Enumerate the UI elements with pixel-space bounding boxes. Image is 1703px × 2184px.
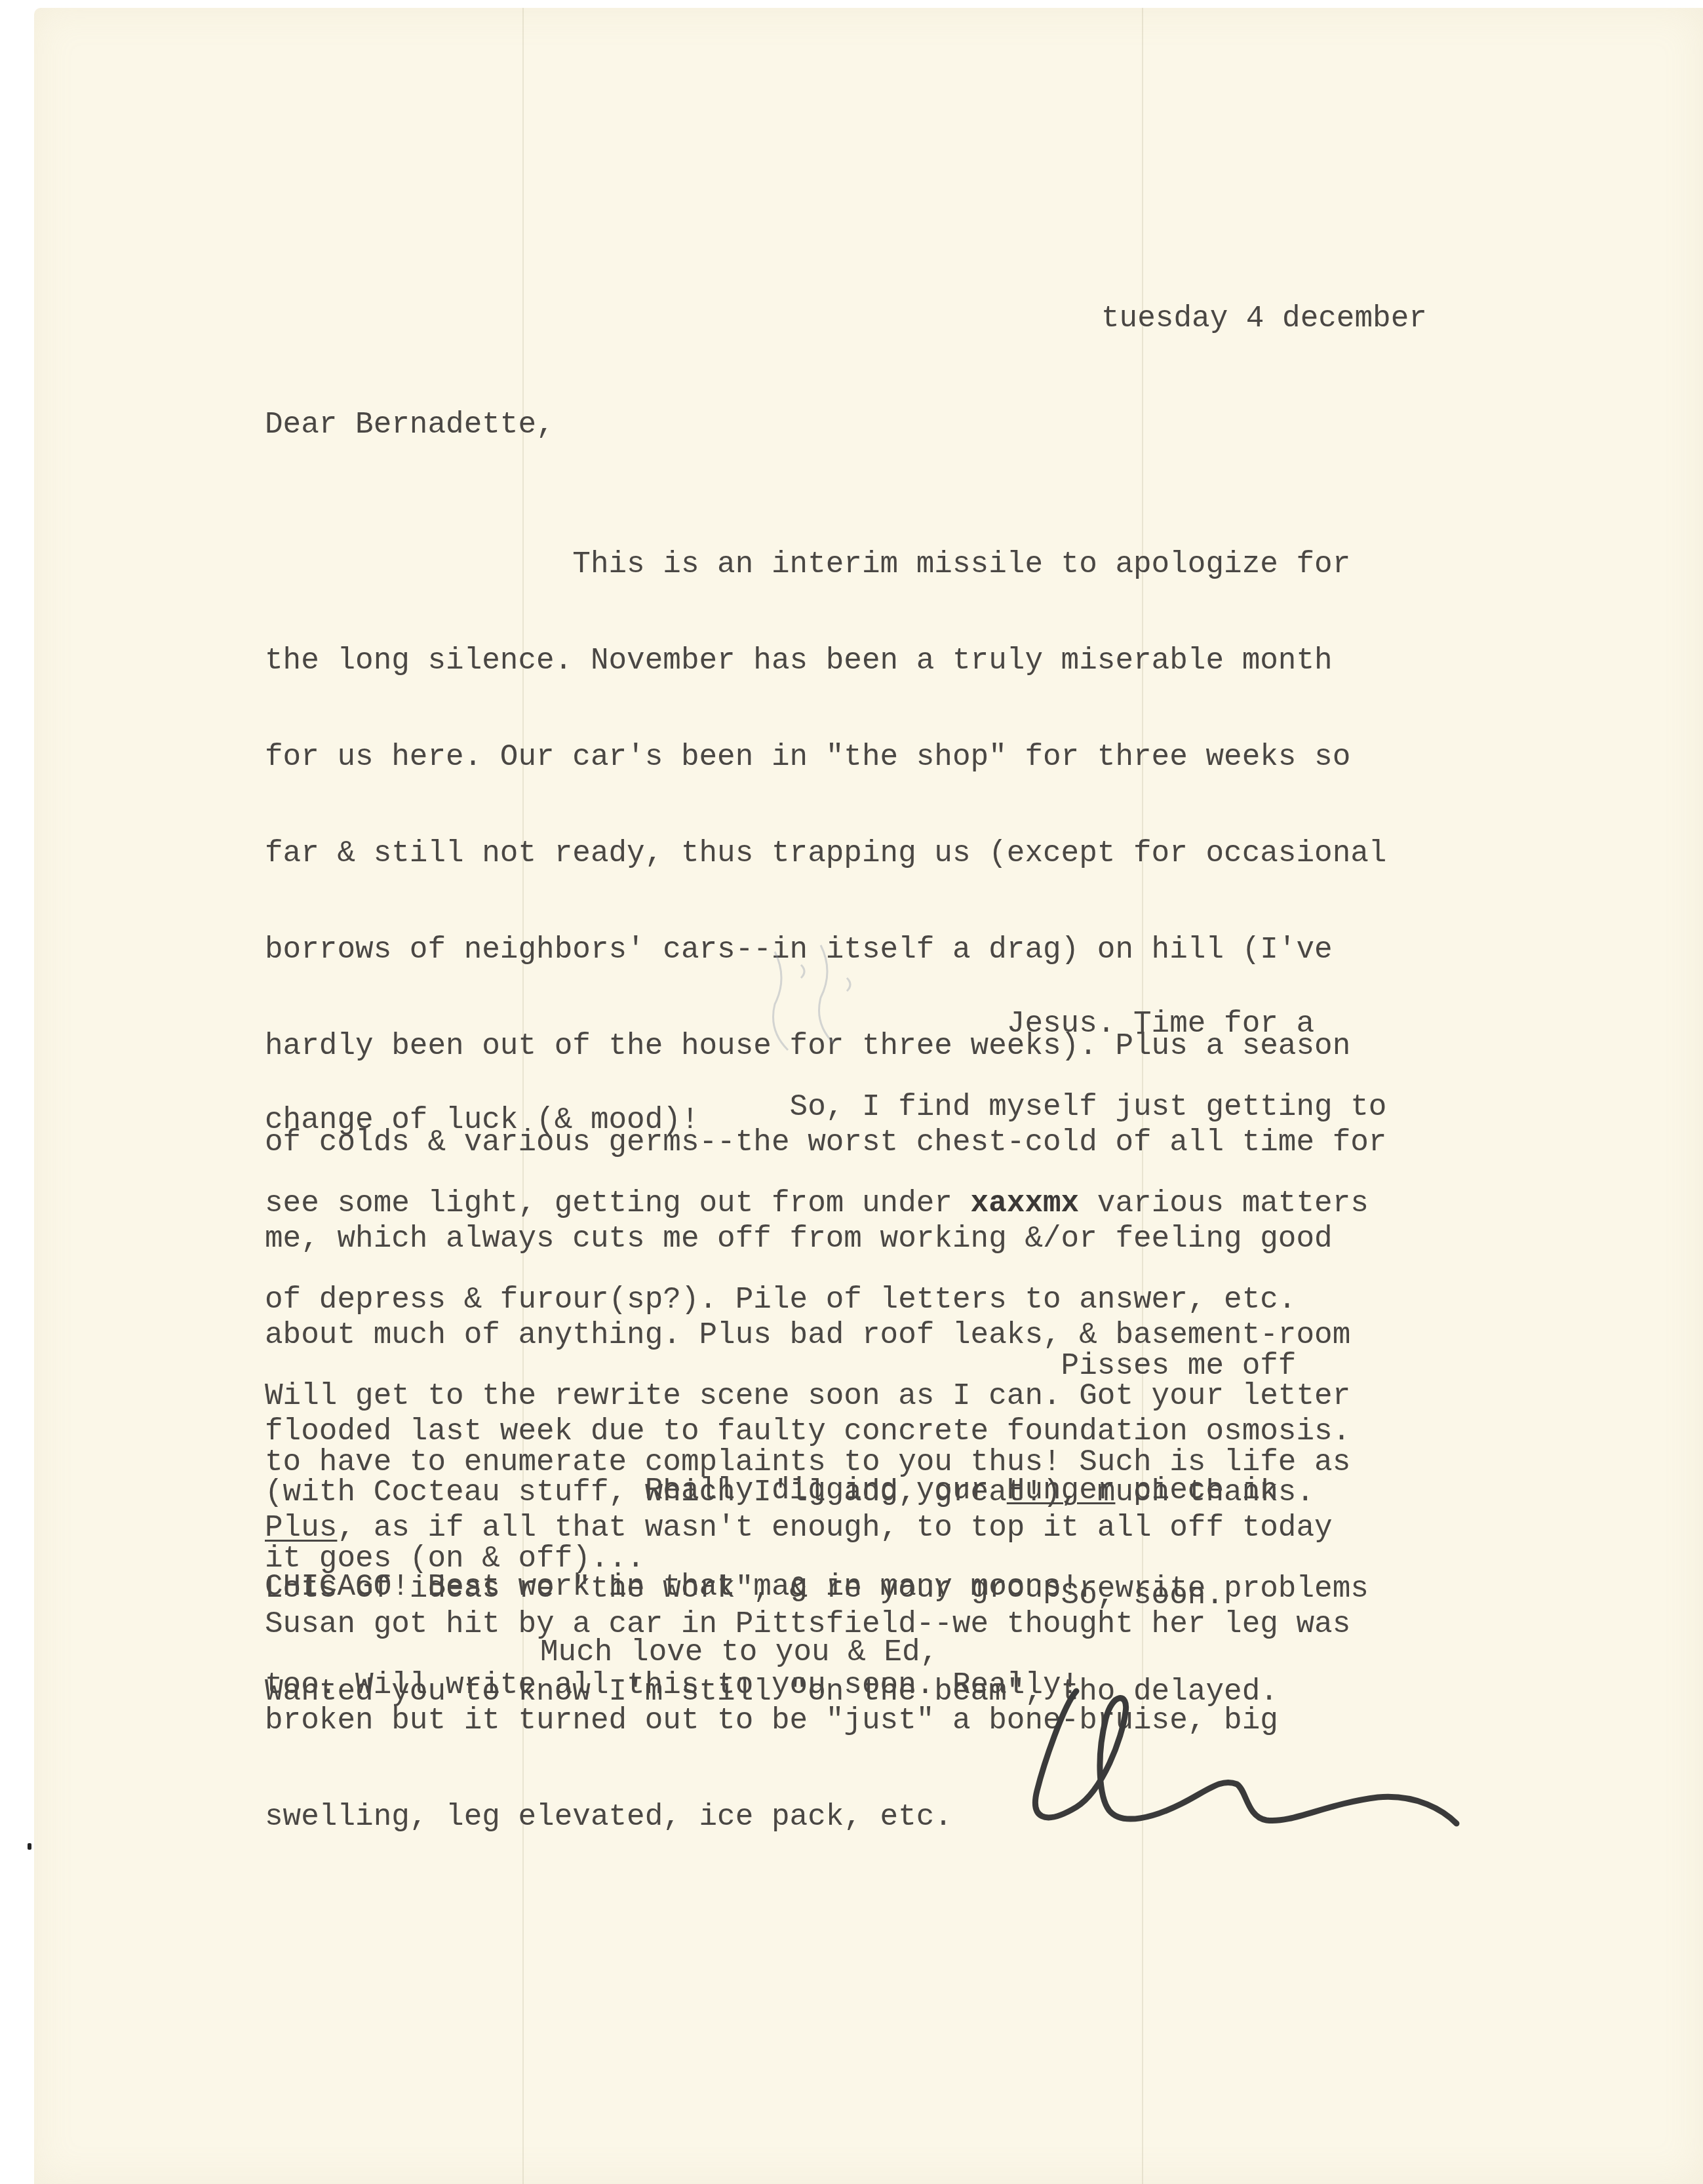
struck-out-text: xaxxmx <box>971 1186 1080 1220</box>
letter-paper: tuesday 4 december Dear Bernadette, This… <box>34 8 1703 2184</box>
text-line: So, I find myself just getting to <box>265 1091 1386 1123</box>
text-line: far & still not ready, thus trapping us … <box>265 838 1386 870</box>
underlined-title: Hunger <box>1007 1473 1116 1508</box>
text-line: Pisses me off <box>265 1350 1350 1382</box>
closing: Much love to you & Ed, <box>540 1637 938 1669</box>
text-line: So, soon. <box>265 1580 1278 1612</box>
letter-date: tuesday 4 december <box>1101 303 1427 335</box>
text-line: see some light, getting out from under x… <box>265 1188 1386 1220</box>
handwritten-signature-icon <box>985 1686 1496 1843</box>
salutation: Dear Bernadette, <box>265 409 555 441</box>
text-line: Really digging your Hunger piece in <box>265 1475 1278 1507</box>
text-line: the long silence. November has been a tr… <box>265 645 1386 677</box>
text-line: This is an interim missile to apologize … <box>265 549 1386 581</box>
text-line: for us here. Our car's been in "the shop… <box>265 741 1386 773</box>
paper-speck <box>28 1843 31 1850</box>
pencil-doodle-icon <box>749 939 880 1070</box>
